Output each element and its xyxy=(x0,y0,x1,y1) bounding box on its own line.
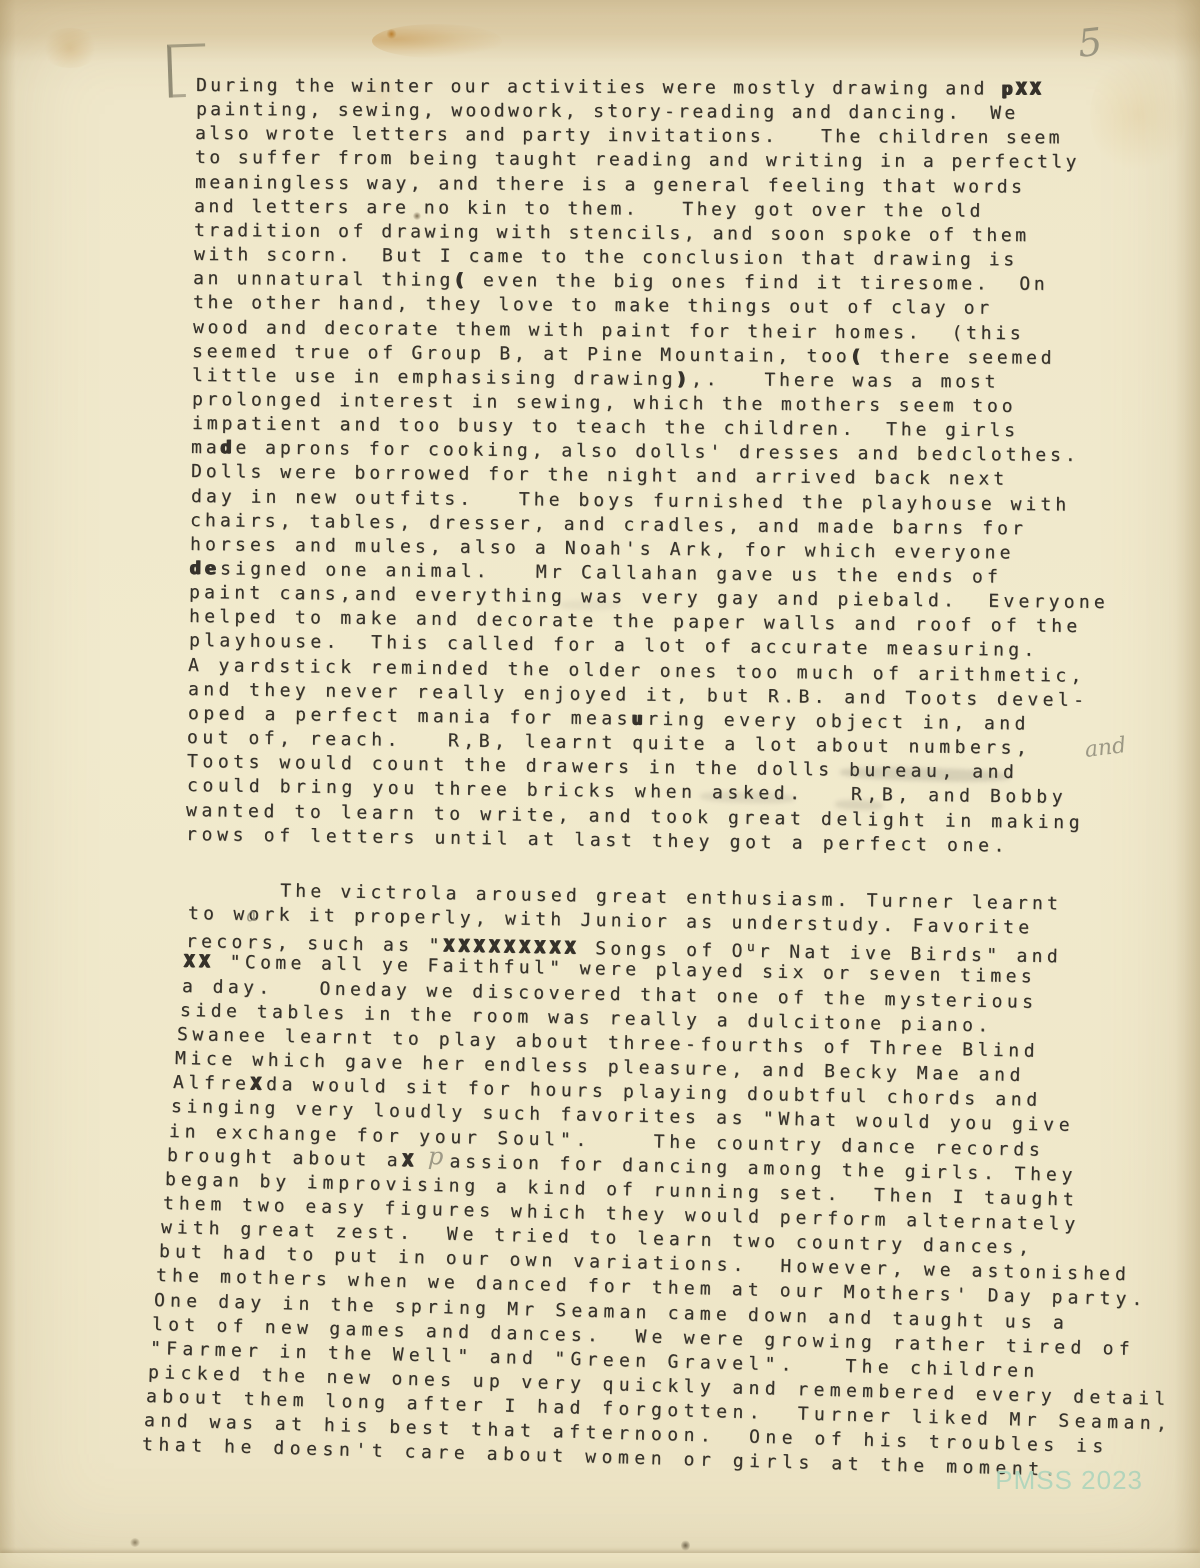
paper-edge-shading-right xyxy=(1174,0,1200,1568)
typed-text: even the big ones find it tiresome. On xyxy=(469,270,1049,295)
typed-text: brought about a xyxy=(167,1145,403,1171)
overstruck-text: d xyxy=(221,438,236,459)
typed-text: with scorn. But I came to the conclusion… xyxy=(194,244,1018,270)
overstruck-text: ( xyxy=(851,346,866,367)
paper-edge-bottom xyxy=(0,1553,1200,1568)
pencil-insert-p: p xyxy=(428,1142,444,1171)
typed-text: ma xyxy=(191,437,221,458)
typed-text: an unnatural thing xyxy=(193,268,454,291)
typed-text: and letters are no kin to them. They got… xyxy=(194,196,984,222)
superscript-text: u xyxy=(746,940,758,955)
pencil-insert-and: and xyxy=(1083,733,1127,763)
paper-speck xyxy=(130,1538,140,1547)
overstruck-text: XX xyxy=(184,951,215,973)
typed-text: Alfre xyxy=(173,1072,251,1095)
overstruck-text: pXX xyxy=(1002,79,1045,100)
paper-edge-shading-left xyxy=(0,0,16,1568)
typed-text: seemed true of Group B, at Pine Mountain… xyxy=(192,341,851,367)
typed-text: little use in emphasising drawing xyxy=(192,365,676,390)
pmss-watermark: PMSS 2023 xyxy=(995,1465,1143,1496)
overstruck-text: u xyxy=(631,708,647,729)
typed-text: to suffer from being taught reading and … xyxy=(195,147,1080,173)
typed-text: oped a perfect mania for meas xyxy=(188,703,632,730)
typed-text: tradition of drawing with stencils, and … xyxy=(194,220,1030,246)
typed-text: meaningless way, and there is a general … xyxy=(195,172,1025,198)
typed-text: painting, sewing, woodwork, story-readin… xyxy=(196,99,1019,124)
overstruck-text: X xyxy=(251,1074,267,1095)
overstruck-text: de xyxy=(189,558,219,579)
overstruck-text: X xyxy=(402,1150,418,1171)
typed-text: the other hand, they love to make things… xyxy=(193,292,993,319)
overstruck-text: ) xyxy=(676,369,691,390)
page-number: 5 xyxy=(1076,20,1105,66)
typed-text: During the winter our activities were mo… xyxy=(196,75,1002,100)
typed-text: ring every object in, and xyxy=(647,709,1030,735)
typed-text: also wrote letters and party invitations… xyxy=(195,123,1063,148)
typed-text: wood and decorate them with paint for th… xyxy=(193,317,1025,344)
paper-speck xyxy=(681,1540,690,1551)
overstruck-text: ( xyxy=(454,270,469,291)
typed-text: ,. There was a most xyxy=(691,369,999,393)
typed-text: there seemed xyxy=(865,346,1055,368)
paper-stain xyxy=(1090,55,1185,175)
document-page: During the winter our activities were mo… xyxy=(0,0,1200,1568)
typed-line: During the winter our activities were mo… xyxy=(196,74,1044,102)
